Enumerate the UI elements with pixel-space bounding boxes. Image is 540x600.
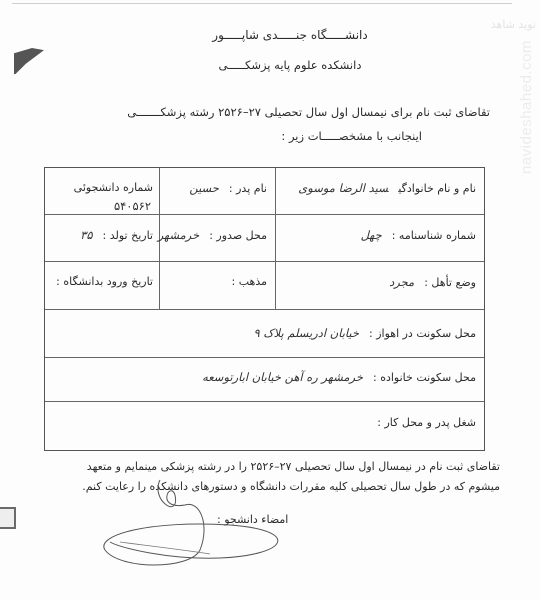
- family-residence-label: محل سکونت خانواده :: [373, 371, 476, 384]
- table-row: وضع تأهل :مجرد مذهب : تاریخ ورود بدانشگا…: [45, 262, 484, 310]
- issue-place-value: خرمشهر: [158, 228, 200, 242]
- id-number-label: شماره شناسنامه :: [392, 229, 476, 242]
- marital-status-value: مجرد: [389, 275, 414, 289]
- religion-cell: مذهب :: [159, 262, 276, 309]
- request-line-1: تقاضای ثبت نام برای نیمسال اول سال تحصیل…: [127, 105, 490, 119]
- name-cell: نام و نام خانوادگیسید الرضا موسوی: [276, 168, 484, 214]
- entry-date-cell: تاریخ ورود بدانشگاه :: [45, 262, 161, 309]
- religion-label: مذهب :: [232, 275, 267, 288]
- request-line-2: اینجانب با مشخصـــــات زیر :: [281, 129, 422, 143]
- id-number-cell: شماره شناسنامه :چهل: [276, 215, 484, 261]
- issue-place-cell: محل صدور :خرمشهر: [159, 215, 276, 261]
- scan-left-edge-mark: [0, 507, 16, 529]
- registration-form-page: نوید شاهد navideshahed.com دانشـــــگاه …: [0, 0, 540, 600]
- university-title: دانشـــــگاه جنـــــدی شاپـــــور: [170, 28, 410, 42]
- table-row: محل سکونت خانواده :خرمشهر ره آهن خیابان …: [45, 358, 484, 402]
- entry-date-label: تاریخ ورود بدانشگاه :: [56, 275, 153, 288]
- father-name-value: حسین: [189, 181, 219, 195]
- scan-corner-mark: [14, 48, 44, 74]
- family-residence-value: خرمشهر ره آهن خیابان ابارتوسعه: [202, 370, 363, 384]
- father-name-label: نام پدر :: [229, 182, 267, 195]
- student-number-cell: شماره دانشجوئی ۵۴۰۵۶۲: [45, 168, 161, 214]
- ahvaz-residence-value: خیابان ادریسلم پلاک ۹: [253, 326, 359, 340]
- watermark-text: navideshahed.com: [518, 40, 538, 200]
- marital-status-label: وضع تأهل :: [424, 276, 476, 289]
- scan-edge-line: [12, 3, 512, 4]
- issue-place-label: محل صدور :: [209, 229, 267, 242]
- signature-scribble-icon: [90, 470, 310, 570]
- id-number-value: چهل: [361, 228, 382, 242]
- student-number-value: ۵۴۰۵۶۲: [114, 199, 151, 213]
- birth-date-value: ۳۵: [80, 228, 92, 242]
- name-value: سید الرضا موسوی: [298, 181, 388, 195]
- table-row: محل سکونت در اهواز :خیابان ادریسلم پلاک …: [45, 310, 484, 358]
- marital-status-cell: وضع تأهل :مجرد: [276, 262, 484, 309]
- ahvaz-residence-label: محل سکونت در اهواز :: [369, 327, 476, 340]
- name-label: نام و نام خانوادگی: [398, 182, 476, 195]
- table-row: شماره شناسنامه :چهل محل صدور :خرمشهر تار…: [45, 215, 484, 262]
- table-row: شغل پدر و محل کار :: [45, 402, 484, 450]
- birth-date-label: تاریخ تولد :: [103, 229, 153, 242]
- faculty-title: دانشکده علوم پایه پزشکـــــی: [190, 58, 390, 72]
- father-job-label: شغل پدر و محل کار :: [377, 416, 476, 429]
- table-row: نام و نام خانوادگیسید الرضا موسوی نام پد…: [45, 168, 484, 215]
- birth-date-cell: تاریخ تولد :۳۵: [45, 215, 161, 261]
- student-info-table: نام و نام خانوادگیسید الرضا موسوی نام پد…: [44, 167, 485, 451]
- student-number-label: شماره دانشجوئی: [74, 181, 153, 194]
- father-name-cell: نام پدر :حسین: [159, 168, 276, 214]
- watermark-logo: نوید شاهد: [491, 18, 536, 31]
